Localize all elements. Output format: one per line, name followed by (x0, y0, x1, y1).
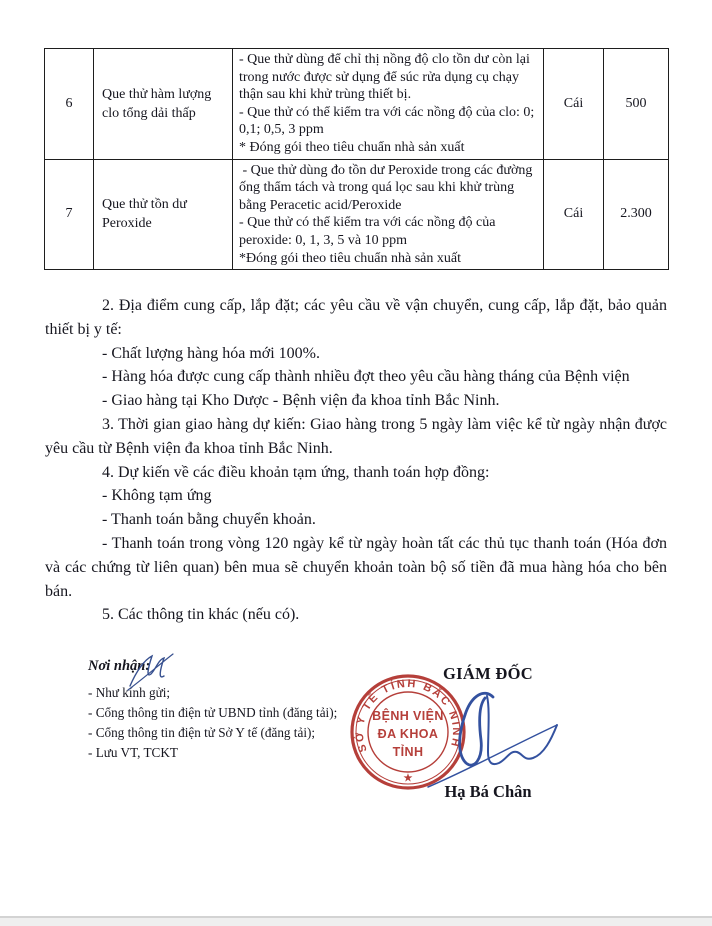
scribble-stroke (130, 656, 164, 686)
document-page: 6 Que thử hàm lượng clo tổng dải thấp - … (0, 0, 712, 926)
table-row: 6 Que thử hàm lượng clo tổng dải thấp - … (45, 49, 669, 160)
paragraph: - Giao hàng tại Kho Dược - Bệnh viện đa … (45, 389, 667, 413)
paragraph: - Không tạm ứng (45, 484, 667, 508)
paragraph: - Thanh toán trong vòng 120 ngày kể từ n… (45, 532, 667, 603)
item-unit-cell: Cái (544, 49, 604, 160)
item-description-cell: - Que thử dùng để chỉ thị nồng độ clo tồ… (233, 49, 544, 160)
director-signature (260, 650, 680, 800)
paragraph: 4. Dự kiến về các điều khoản tạm ứng, th… (45, 461, 667, 485)
paragraph: - Thanh toán bằng chuyển khoản. (45, 508, 667, 532)
item-number-cell: 6 (45, 49, 94, 160)
item-description-cell: - Que thử dùng đo tồn dư Peroxide trong … (233, 159, 544, 270)
item-unit-cell: Cái (544, 159, 604, 270)
item-quantity-cell: 2.300 (604, 159, 669, 270)
paragraph: 5. Các thông tin khác (nếu có). (45, 603, 667, 627)
items-table: 6 Que thử hàm lượng clo tổng dải thấp - … (44, 48, 669, 270)
page-bottom-edge (0, 916, 712, 926)
paragraph: 2. Địa điểm cung cấp, lắp đặt; các yêu c… (45, 294, 667, 342)
item-name-cell: Que thử hàm lượng clo tổng dải thấp (94, 49, 233, 160)
initials-scribble (118, 648, 208, 696)
item-name-cell: Que thử tồn dư Peroxide (94, 159, 233, 270)
paragraph: - Hàng hóa được cung cấp thành nhiều đợt… (45, 365, 667, 389)
item-number-cell: 7 (45, 159, 94, 270)
item-quantity-cell: 500 (604, 49, 669, 160)
paragraph: 3. Thời gian giao hàng dự kiến: Giao hàn… (45, 413, 667, 461)
table-row: 7 Que thử tồn dư Peroxide - Que thử dùng… (45, 159, 669, 270)
body-text: 2. Địa điểm cung cấp, lắp đặt; các yêu c… (45, 294, 667, 627)
paragraph: - Chất lượng hàng hóa mới 100%. (45, 342, 667, 366)
